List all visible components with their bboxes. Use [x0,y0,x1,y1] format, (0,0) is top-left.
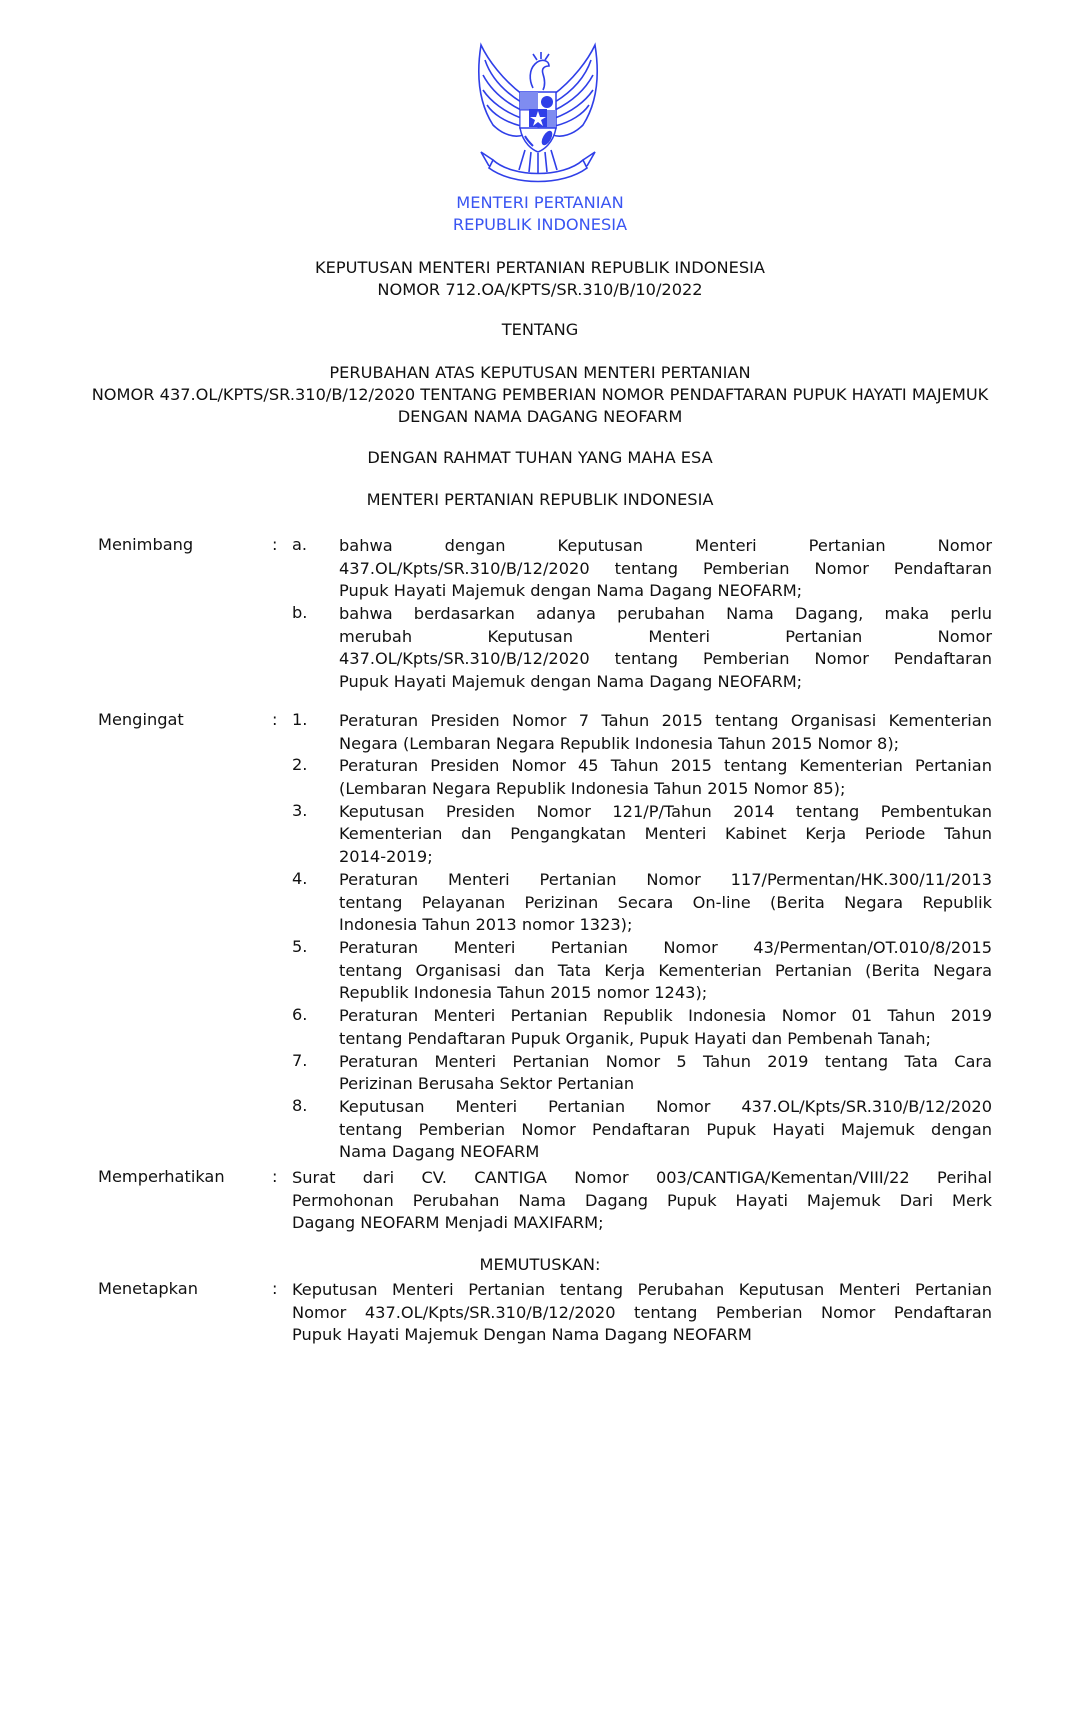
text-line: Pupuk Hayati Majemuk dengan Nama Dagang … [339,580,992,603]
text-line: Pupuk Hayati Majemuk Dengan Nama Dagang … [292,1324,992,1347]
text-line: tentang Pendaftaran Pupuk Organik, Pupuk… [339,1028,992,1051]
text-line: Keputusan Presiden Nomor 121/P/Tahun 201… [339,801,992,824]
memperhatikan-text: Surat dari CV. CANTIGA Nomor 003/CANTIGA… [292,1167,992,1235]
list-marker: 2. [292,755,307,774]
list-item: bahwa berdasarkan adanya perubahan Nama … [339,603,992,694]
section-label: Menimbang [98,535,193,554]
text-line: Surat dari CV. CANTIGA Nomor 003/CANTIGA… [292,1167,992,1190]
decree-number: NOMOR 712.OA/KPTS/SR.310/B/10/2022 [0,280,1080,299]
text-line: Republik Indonesia Tahun 2015 nomor 1243… [339,982,992,1005]
text-line: Peraturan Presiden Nomor 7 Tahun 2015 te… [339,710,992,733]
list-marker: 6. [292,1005,307,1024]
list-item: Peraturan Menteri Pertanian Republik Ind… [339,1005,992,1050]
menetapkan-text: Keputusan Menteri Pertanian tentang Peru… [292,1279,992,1347]
colon: : [272,535,277,554]
list-marker: b. [292,603,307,622]
section-label: Menetapkan [98,1279,198,1298]
list-marker: 8. [292,1096,307,1115]
authority-line: MENTERI PERTANIAN REPUBLIK INDONESIA [0,490,1080,509]
list-item: Peraturan Presiden Nomor 45 Tahun 2015 t… [339,755,992,800]
text-line: Nama Dagang NEOFARM [339,1141,992,1164]
section-label: Mengingat [98,710,184,729]
list-marker: 7. [292,1051,307,1070]
section-label: Memperhatikan [98,1167,225,1186]
text-line: 2014-2019; [339,846,992,869]
text-line: merubah Keputusan Menteri Pertanian Nomo… [339,626,992,649]
text-line: Peraturan Menteri Pertanian Nomor 43/Per… [339,937,992,960]
text-line: Peraturan Menteri Pertanian Nomor 117/Pe… [339,869,992,892]
text-line: Negara (Lembaran Negara Republik Indones… [339,733,992,756]
list-marker: 1. [292,710,307,729]
list-item: Peraturan Menteri Pertanian Nomor 43/Per… [339,937,992,1005]
text-line: Keputusan Menteri Pertanian Nomor 437.OL… [339,1096,992,1119]
ministry-name-line2: REPUBLIK INDONESIA [0,215,1080,234]
text-line: tentang Pemberian Nomor Pendaftaran Pupu… [339,1119,992,1142]
subject-line1: PERUBAHAN ATAS KEPUTUSAN MENTERI PERTANI… [0,363,1080,382]
text-line: Peraturan Menteri Pertanian Republik Ind… [339,1005,992,1028]
text-line: Nomor 437.OL/Kpts/SR.310/B/12/2020 tenta… [292,1302,992,1325]
subject-line2: NOMOR 437.OL/KPTS/SR.310/B/12/2020 TENTA… [0,385,1080,404]
list-marker: 5. [292,937,307,956]
list-marker: 3. [292,801,307,820]
text-line: Perizinan Berusaha Sektor Pertanian [339,1073,992,1096]
text-line: Indonesia Tahun 2013 nomor 1323); [339,914,992,937]
text-line: Pupuk Hayati Majemuk dengan Nama Dagang … [339,671,992,694]
garuda-emblem-icon [463,40,613,190]
text-line: Keputusan Menteri Pertanian tentang Peru… [292,1279,992,1302]
colon: : [272,710,277,729]
list-item: Peraturan Menteri Pertanian Nomor 117/Pe… [339,869,992,937]
tentang-heading: TENTANG [0,320,1080,339]
list-item: bahwa dengan Keputusan Menteri Pertanian… [339,535,992,603]
text-line: bahwa dengan Keputusan Menteri Pertanian… [339,535,992,558]
decree-title: KEPUTUSAN MENTERI PERTANIAN REPUBLIK IND… [0,258,1080,277]
colon: : [272,1167,277,1186]
text-line: Dagang NEOFARM Menjadi MAXIFARM; [292,1212,992,1235]
memutuskan-heading: MEMUTUSKAN: [0,1255,1080,1274]
text-line: bahwa berdasarkan adanya perubahan Nama … [339,603,992,626]
list-item: Keputusan Presiden Nomor 121/P/Tahun 201… [339,801,992,869]
ministry-name-line1: MENTERI PERTANIAN [0,193,1080,212]
subject-line3: DENGAN NAMA DAGANG NEOFARM [0,407,1080,426]
text-line: Permohonan Perubahan Nama Dagang Pupuk H… [292,1190,992,1213]
list-item: Peraturan Menteri Pertanian Nomor 5 Tahu… [339,1051,992,1096]
text-line: 437.OL/Kpts/SR.310/B/12/2020 tentang Pem… [339,648,992,671]
text-line: Peraturan Menteri Pertanian Nomor 5 Tahu… [339,1051,992,1074]
text-line: (Lembaran Negara Republik Indonesia Tahu… [339,778,992,801]
list-marker: 4. [292,869,307,888]
text-line: 437.OL/Kpts/SR.310/B/12/2020 tentang Pem… [339,558,992,581]
text-line: Peraturan Presiden Nomor 45 Tahun 2015 t… [339,755,992,778]
blessing-line: DENGAN RAHMAT TUHAN YANG MAHA ESA [0,448,1080,467]
text-line: tentang Pelayanan Perizinan Secara On-li… [339,892,992,915]
list-item: Peraturan Presiden Nomor 7 Tahun 2015 te… [339,710,992,755]
text-line: Kementerian dan Pengangkatan Menteri Kab… [339,823,992,846]
colon: : [272,1279,277,1298]
list-item: Keputusan Menteri Pertanian Nomor 437.OL… [339,1096,992,1164]
list-marker: a. [292,535,307,554]
text-line: tentang Organisasi dan Tata Kerja Kement… [339,960,992,983]
